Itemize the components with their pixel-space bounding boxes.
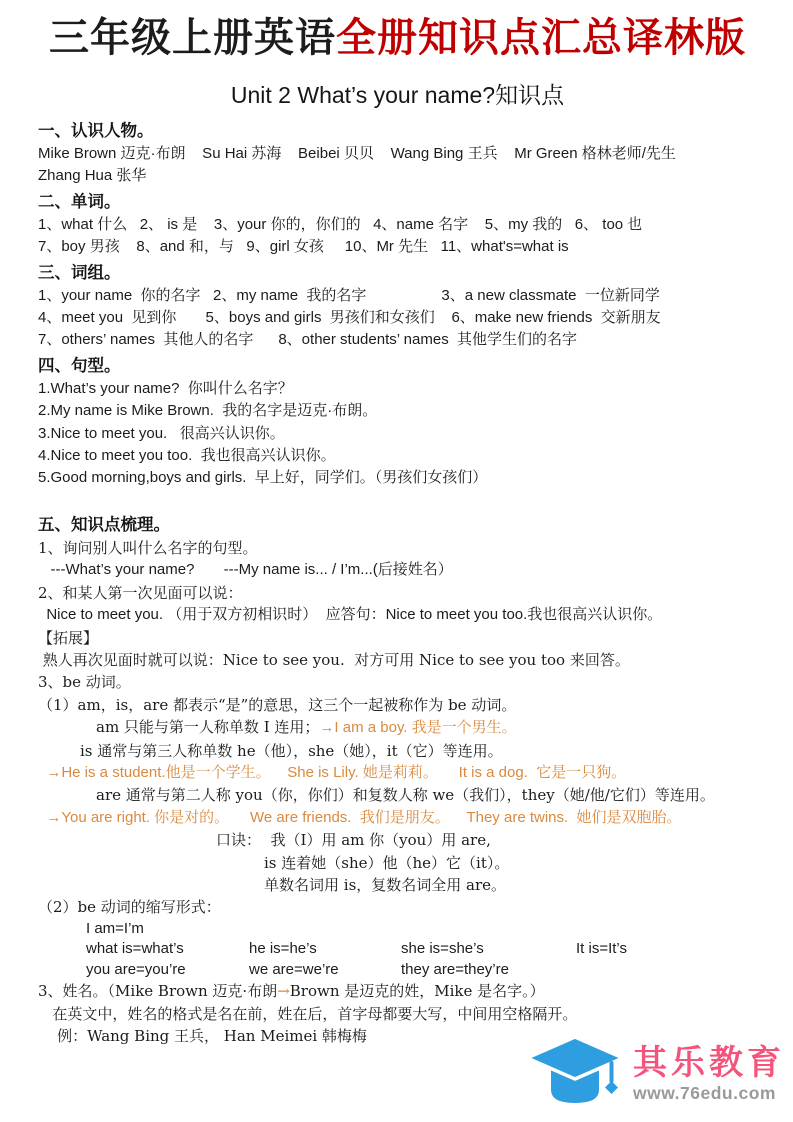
be-point-1: （1）am，is，are 都表示“是”的意思，这三个一起被称作为 be 动词。 <box>38 694 757 716</box>
section-1-line: Mike Brown 迈克·布朗 Su Hai 苏海 Beibei 贝贝 Wan… <box>38 143 757 165</box>
brand-url: www.76edu.com <box>633 1082 776 1104</box>
point-1-title: 1、询问别人叫什么名字的句型。 <box>38 537 757 559</box>
be-point-2: （2）be 动词的缩写形式： <box>38 896 757 918</box>
be-verb-heading: 3、be 动词。 <box>38 671 757 693</box>
page-title-black: 三年级上册英语 <box>49 16 336 60</box>
page-title-red: 全册知识点汇总译林版 <box>336 16 746 60</box>
section-4-line: 2.My name is Mike Brown. 我的名字是迈克·布朗。 <box>38 400 757 422</box>
contraction-cell: we are=we’re <box>249 960 401 981</box>
section-4-line: 5.Good morning,boys and girls. 早上好，同学们。（… <box>38 467 757 489</box>
contraction-cell: she is=she’s <box>401 939 576 960</box>
point-2-answer: Nice to meet you. （用于双方初相识时） 应答句：Nice to… <box>38 604 757 626</box>
section-4-line: 4.Nice to meet you too. 我也很高兴认识你。 <box>38 445 757 467</box>
name-rule-detail: 在英文中，姓名的格式是名在前，姓在后，首字母都要大写，中间用空格隔开。 <box>38 1003 757 1025</box>
contraction-cell: I am=I’m <box>86 919 249 940</box>
page-title: 三年级上册英语全册知识点汇总译林版 <box>38 14 757 62</box>
section-2-heading: 二、单词。 <box>38 189 757 214</box>
section-1-line: Zhang Hua 张华 <box>38 165 757 187</box>
name-rule-part1: 3、姓名。（Mike Brown 迈克·布朗 <box>38 982 277 1000</box>
contraction-cell: he is=he’s <box>249 939 401 960</box>
am-rule-text: am 只能与第一人称单数 I 连用； <box>96 718 319 736</box>
contraction-row: you are=you’rewe are=we’rethey are=they’… <box>86 960 757 981</box>
contraction-cell: what is=what’s <box>86 939 249 960</box>
contraction-cell: you are=you’re <box>86 960 249 981</box>
contraction-cell: It is=It’s <box>576 939 757 960</box>
expand-line: 熟人再次见面时就可以说：Nice to see you. 对方可用 Nice t… <box>38 649 757 671</box>
section-3-line: 7、others’ names 其他人的名字 8、other students’… <box>38 329 757 351</box>
section-3-line: 4、meet you 见到你 5、boys and girls 男孩们和女孩们 … <box>38 307 757 329</box>
brand-text-block: 其乐教育 www.76edu.com <box>633 1044 785 1104</box>
section-2-line: 7、boy 男孩 8、and 和，与 9、girl 女孩 10、Mr 先生 11… <box>38 236 757 258</box>
section-2-line: 1、what 什么 2、 is 是 3、your 你的，你们的 4、name 名… <box>38 214 757 236</box>
point-1-answer: ---What’s your name? ---My name is... / … <box>38 559 757 581</box>
graduation-cap-icon <box>523 1033 627 1114</box>
contraction-table: I am=I’m what is=what’she is=he’sshe is=… <box>86 919 757 981</box>
arrow-icon: → <box>277 982 290 1000</box>
are-rule: are 通常与第二人称 you（你，你们）和复数人称 we（我们），they（她… <box>38 784 757 806</box>
is-rule: is 通常与第三人称单数 he（他），she（她），it（它）等连用。 <box>38 740 757 762</box>
is-examples: →He is a student.他是一个学生。 She is Lily. 她是… <box>38 762 757 784</box>
name-rule-title: 3、姓名。（Mike Brown 迈克·布朗→Brown 是迈克的姓，Mike … <box>38 980 757 1002</box>
unit-subtitle: Unit 2 What’s your name?知识点 <box>38 77 757 110</box>
document-page: 三年级上册英语全册知识点汇总译林版 Unit 2 What’s your nam… <box>0 0 793 1122</box>
name-rule-part2: Brown 是迈克的姓，Mike 是名字。） <box>290 982 545 1000</box>
am-example: →I am a boy. 我是一个男生。 <box>319 719 516 736</box>
point-2-title: 2、和某人第一次见面可以说： <box>38 582 757 604</box>
document-content: 三年级上册英语全册知识点汇总译林版 Unit 2 What’s your nam… <box>0 0 793 1048</box>
contraction-row: I am=I’m <box>86 919 757 940</box>
section-4-heading: 四、句型。 <box>38 353 757 378</box>
rhyme-line: is 连着她（she）他（he）它（it）。 <box>38 852 757 874</box>
section-3-heading: 三、词组。 <box>38 260 757 285</box>
am-rule: am 只能与第一人称单数 I 连用；→I am a boy. 我是一个男生。 <box>38 716 757 739</box>
expand-tag: 【拓展】 <box>38 627 757 649</box>
contraction-cell: they are=they’re <box>401 960 576 981</box>
section-5-heading: 五、知识点梳理。 <box>38 512 757 537</box>
section-3-line: 1、your name 你的名字 2、my name 我的名字 3、a new … <box>38 285 757 307</box>
section-4-line: 3.Nice to meet you. 很高兴认识你。 <box>38 423 757 445</box>
rhyme-line: 单数名词用 is，复数名词全用 are。 <box>38 874 757 896</box>
rhyme-line: 口诀： 我（I）用 am 你（you）用 are, <box>38 829 757 851</box>
are-examples: →You are right. 你是对的。 We are friends. 我们… <box>38 807 757 829</box>
section-4-line: 1.What’s your name? 你叫什么名字？ <box>38 378 757 400</box>
brand-watermark: 其乐教育 www.76edu.com <box>523 1033 785 1114</box>
contraction-row: what is=what’she is=he’sshe is=she’sIt i… <box>86 939 757 960</box>
section-1-heading: 一、认识人物。 <box>38 118 757 143</box>
brand-name: 其乐教育 <box>633 1044 785 1082</box>
